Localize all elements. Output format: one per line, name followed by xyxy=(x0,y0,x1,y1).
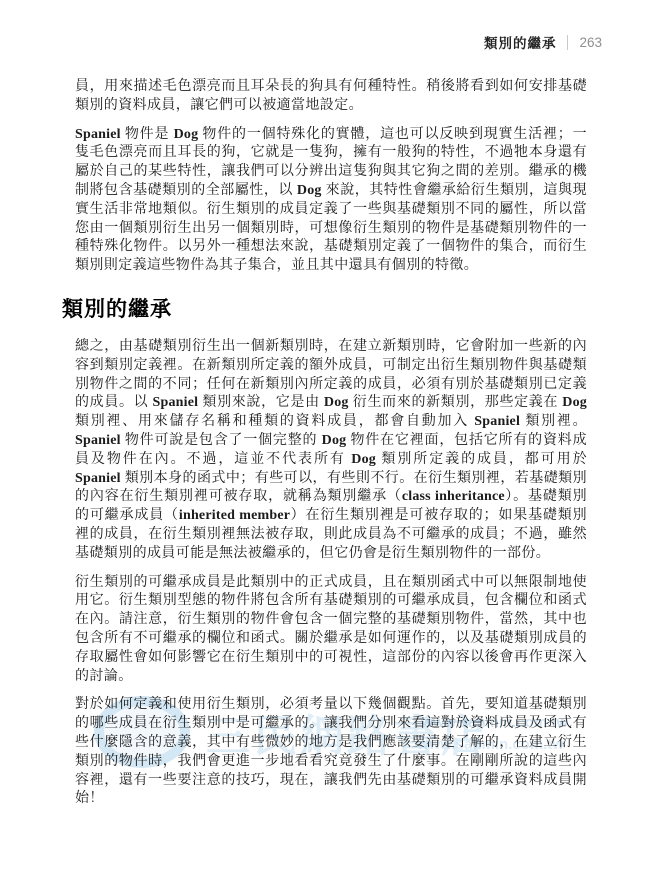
page-number: 263 xyxy=(579,35,602,50)
running-head-chapter-title: 類別的繼承 xyxy=(484,32,557,52)
running-head: 類別的繼承 263 xyxy=(484,32,602,52)
page-content: 員，用來描述毛色漂亮而且耳朵長的狗具有何種特性。稍後將看到如何安排基礎類別的資料… xyxy=(75,78,587,819)
paragraph-continuation: 員，用來描述毛色漂亮而且耳朵長的狗具有何種特性。稍後將看到如何安排基礎類別的資料… xyxy=(75,78,587,116)
book-page: 類別的繼承 263 三民網路書店 www.sanmin.com.tw www.s… xyxy=(0,0,650,872)
paragraph: 對於如何定義和使用衍生類別，必須考量以下幾個觀點。首先，要知道基礎類別的哪些成員… xyxy=(75,696,587,809)
paragraph: Spaniel 物件是 Dog 物件的一個特殊化的實體，這也可以反映到現實生活裡… xyxy=(75,126,587,276)
paragraph: 總之，由基礎類別衍生出一個新類別時，在建立新類別時，它會附加一些新的內容到類別定… xyxy=(75,338,587,564)
section-heading: 類別的繼承 xyxy=(62,293,587,323)
header-divider xyxy=(567,35,568,50)
paragraph: 衍生類別的可繼承成員是此類別中的正式成員，且在類別函式中可以無限制地使用它。衍生… xyxy=(75,574,587,687)
